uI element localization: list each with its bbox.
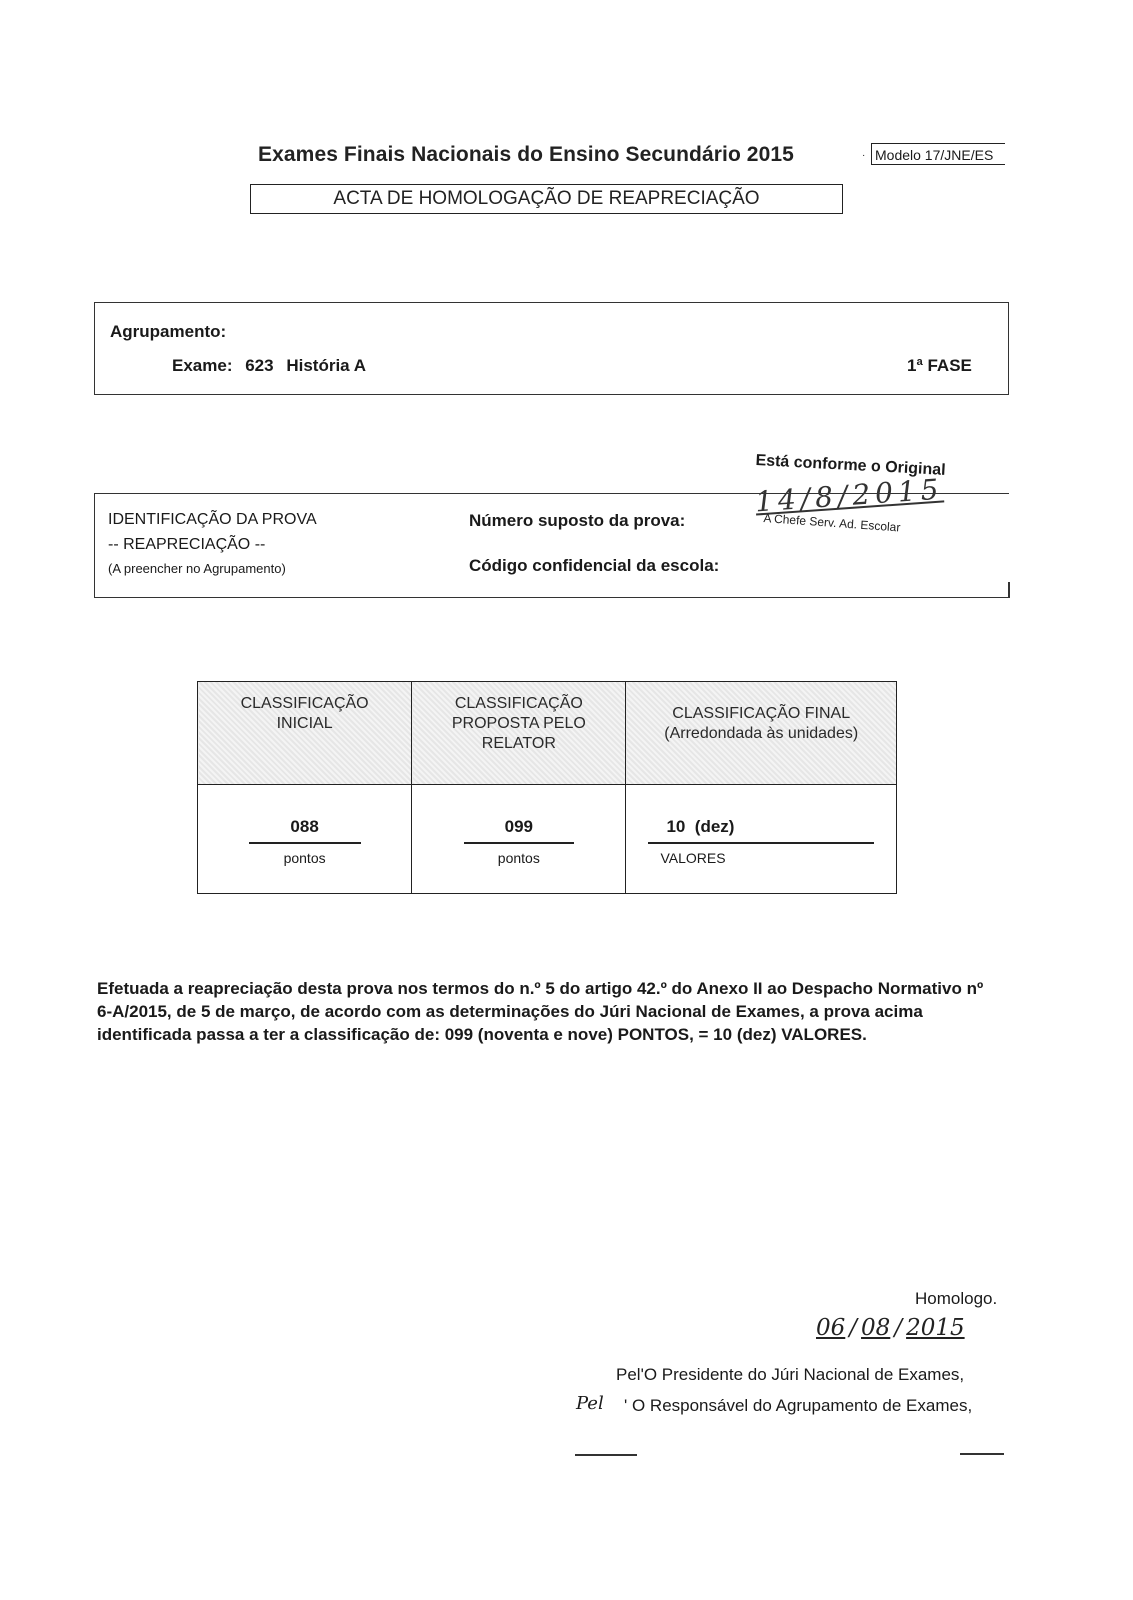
underline (249, 842, 361, 844)
identification-subtitle: -- REAPRECIAÇÃO -- (108, 536, 265, 554)
exam-name: História A (286, 356, 366, 375)
identification-title: IDENTIFICAÇÃO DA PROVA (108, 511, 317, 529)
header-final: CLASSIFICAÇÃO FINAL (Arredondada às unid… (626, 682, 897, 785)
header-proposed: CLASSIFICAÇÃO PROPOSTA PELO RELATOR (412, 682, 626, 785)
codigo-confidencial-label: Código confidencial da escola: (469, 556, 719, 576)
exam-info-box (94, 302, 1009, 395)
exam-label: Exame: (172, 356, 232, 375)
homologo-label: Homologo. (915, 1289, 997, 1309)
value-final: 10 (dez) VALORES (626, 785, 897, 894)
exam-phase: 1ª FASE (907, 356, 972, 376)
classification-header-row: CLASSIFICAÇÃO INICIAL CLASSIFICAÇÃO PROP… (198, 682, 897, 785)
model-code-box: Modelo 17/JNE/ES (871, 143, 1005, 165)
reappraisal-statement: Efetuada a reapreciação desta prova nos … (97, 977, 997, 1046)
homologation-date: 06/08/2015 (812, 1315, 969, 1341)
handwritten-pel: Pel (576, 1393, 604, 1414)
document-title: Exames Finais Nacionais do Ensino Secund… (258, 143, 794, 167)
identification-note: (A preencher no Agrupamento) (108, 561, 286, 576)
responsible-line: ' O Responsável do Agrupamento de Exames… (624, 1396, 972, 1416)
header-initial: CLASSIFICAÇÃO INICIAL (198, 682, 412, 785)
identification-box-edge (1008, 582, 1010, 598)
value-initial: 088 pontos (198, 785, 412, 894)
numero-suposto-label: Número suposto da prova: (469, 511, 685, 531)
agrupamento-label: Agrupamento: (110, 322, 226, 342)
classification-values-row: 088 pontos 099 pontos 10 (dez) VALORES (198, 785, 897, 894)
classification-table: CLASSIFICAÇÃO INICIAL CLASSIFICAÇÃO PROP… (197, 681, 897, 894)
value-proposed: 099 pontos (412, 785, 626, 894)
acta-title: ACTA DE HOMOLOGAÇÃO DE REAPRECIAÇÃO (250, 184, 843, 214)
decorative-dot: · (862, 150, 865, 161)
exam-code: 623 (245, 356, 273, 375)
signature-line-right (960, 1453, 1004, 1455)
underline (464, 842, 574, 844)
underline (648, 842, 874, 844)
president-line: Pel'O Presidente do Júri Nacional de Exa… (616, 1365, 964, 1385)
signature-line-left (575, 1454, 637, 1456)
exam-line: Exame: 623 História A (172, 356, 374, 376)
